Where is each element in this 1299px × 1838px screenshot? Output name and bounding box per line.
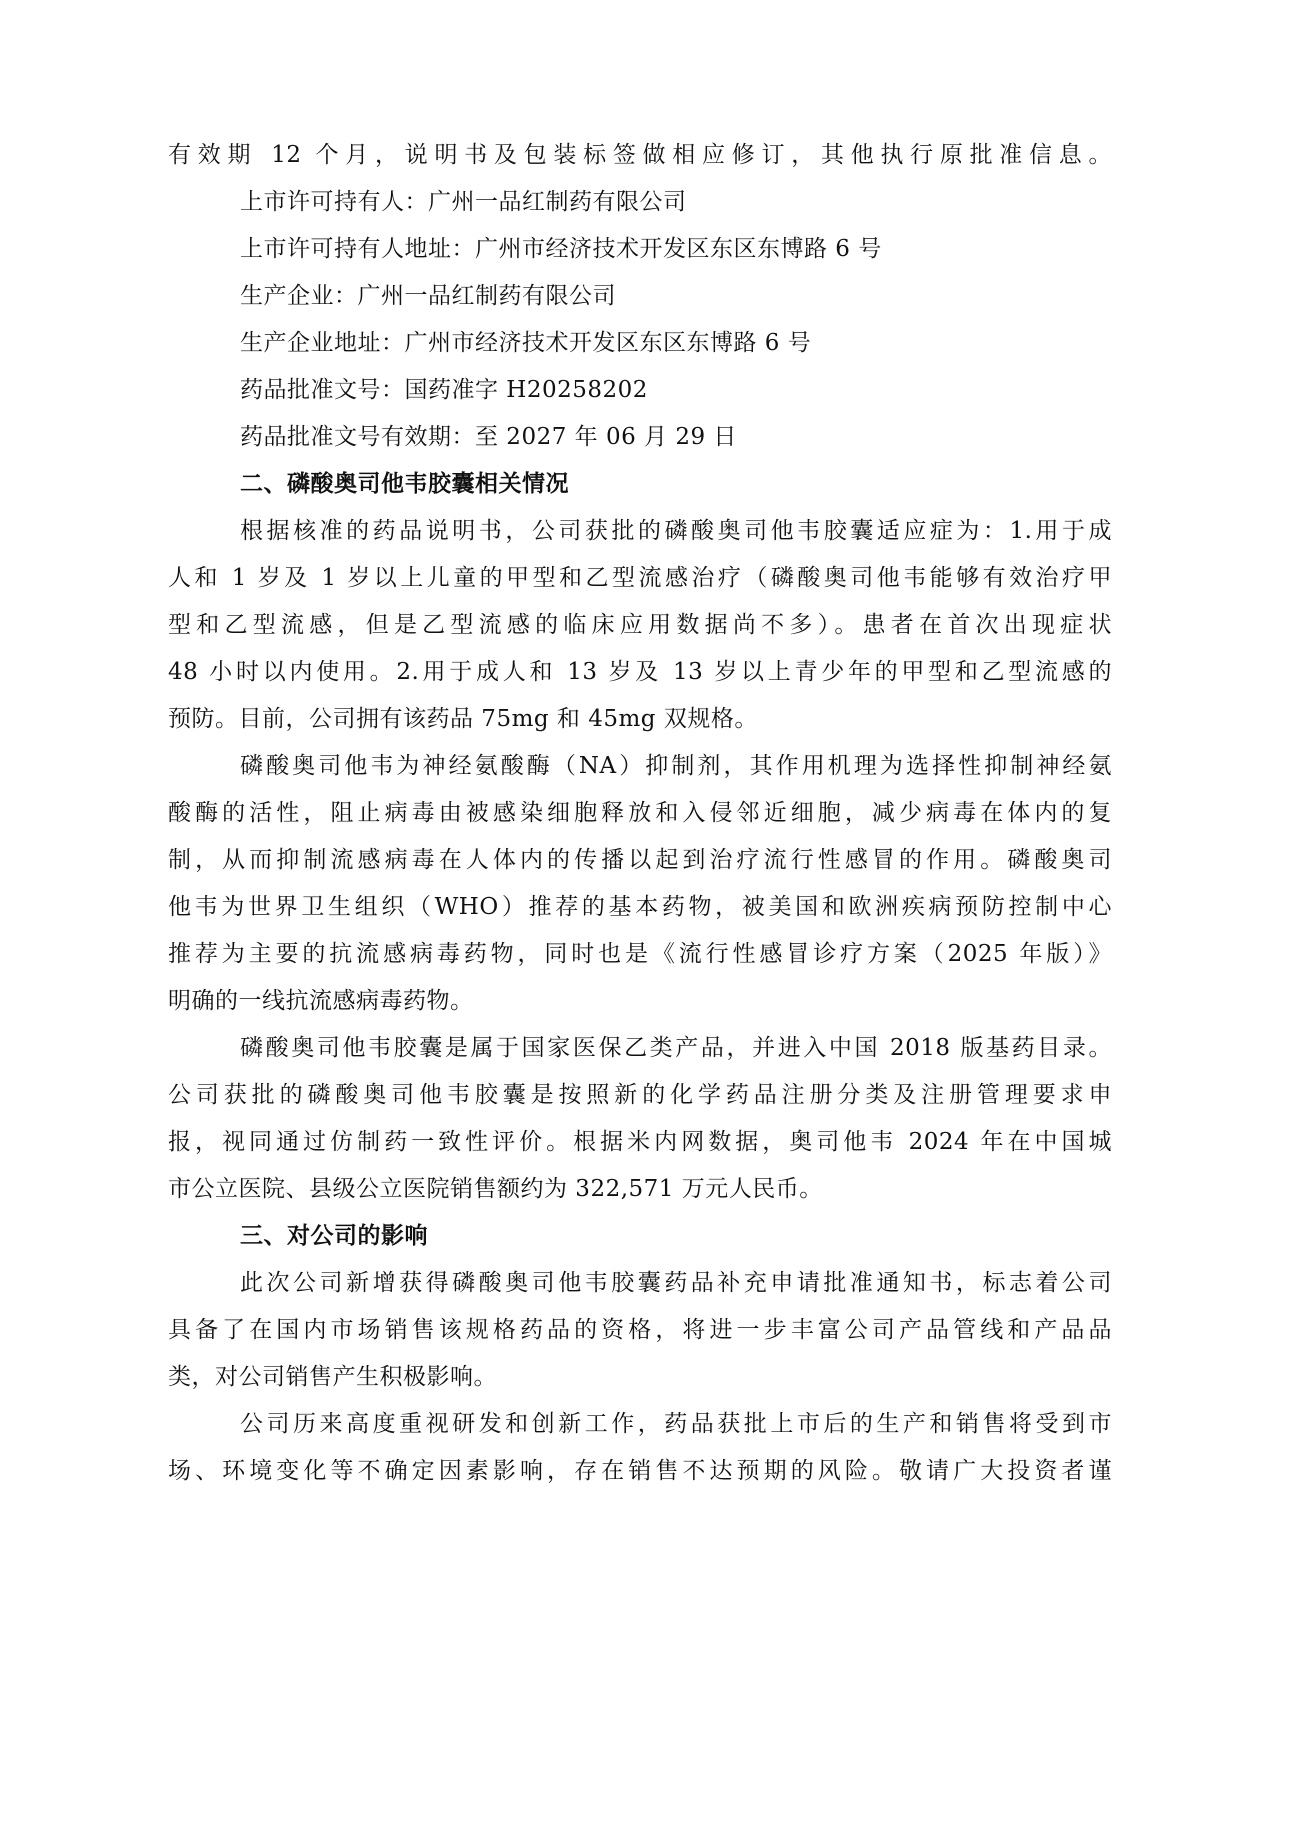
paragraph-line: 推荐为主要的抗流感病毒药物，同时也是《流行性感冒诊疗方案（2025 年版）》	[168, 939, 1112, 969]
manufacturer: 生产企业：广州一品红制药有限公司	[240, 281, 616, 311]
paragraph-line: 磷酸奥司他韦胶囊是属于国家医保乙类产品，并进入中国 2018 版基药目录。	[240, 1033, 1112, 1063]
license-holder: 上市许可持有人：广州一品红制药有限公司	[240, 187, 687, 217]
license-holder-address: 上市许可持有人地址：广州市经济技术开发区东区东博路 6 号	[240, 234, 882, 264]
paragraph-line: 场、环境变化等不确定因素影响，存在销售不达预期的风险。敬请广大投资者谨	[168, 1456, 1112, 1486]
paragraph-line: 磷酸奥司他韦为神经氨酸酶（NA）抑制剂，其作用机理为选择性抑制神经氨	[240, 751, 1112, 781]
paragraph-line: 有效期 12 个月，说明书及包装标签做相应修订，其他执行原批准信息。	[168, 140, 1112, 170]
section-heading-3: 三、对公司的影响	[240, 1221, 428, 1251]
paragraph-line: 明确的一线抗流感病毒药物。	[168, 986, 474, 1016]
paragraph-line: 人和 1 岁及 1 岁以上儿童的甲型和乙型流感治疗（磷酸奥司他韦能够有效治疗甲	[168, 563, 1112, 593]
paragraph-line: 公司历来高度重视研发和创新工作，药品获批上市后的生产和销售将受到市	[240, 1409, 1112, 1439]
paragraph-line: 酸酶的活性，阻止病毒由被感染细胞释放和入侵邻近细胞，减少病毒在体内的复	[168, 798, 1112, 828]
paragraph-line: 根据核准的药品说明书，公司获批的磷酸奥司他韦胶囊适应症为：1.用于成	[240, 516, 1112, 546]
paragraph-line: 预防。目前，公司拥有该药品 75mg 和 45mg 双规格。	[168, 704, 758, 734]
paragraph-line: 报，视同通过仿制药一致性评价。根据米内网数据，奥司他韦 2024 年在中国城	[168, 1127, 1112, 1157]
paragraph-line: 此次公司新增获得磷酸奥司他韦胶囊药品补充申请批准通知书，标志着公司	[240, 1268, 1112, 1298]
paragraph-line: 48 小时以内使用。2.用于成人和 13 岁及 13 岁以上青少年的甲型和乙型流…	[168, 657, 1112, 687]
approval-number: 药品批准文号：国药准字 H20258202	[240, 375, 648, 405]
paragraph-line: 具备了在国内市场销售该规格药品的资格，将进一步丰富公司产品管线和产品品	[168, 1315, 1112, 1345]
manufacturer-address: 生产企业地址：广州市经济技术开发区东区东博路 6 号	[240, 328, 811, 358]
paragraph-line: 类，对公司销售产生积极影响。	[168, 1362, 497, 1392]
paragraph-line: 公司获批的磷酸奥司他韦胶囊是按照新的化学药品注册分类及注册管理要求申	[168, 1080, 1112, 1110]
paragraph-line: 市公立医院、县级公立医院销售额约为 322,571 万元人民币。	[168, 1174, 823, 1204]
paragraph-line: 制，从而抑制流感病毒在人体内的传播以起到治疗流行性感冒的作用。磷酸奥司	[168, 845, 1112, 875]
paragraph-line: 他韦为世界卫生组织（WHO）推荐的基本药物，被美国和欧洲疾病预防控制中心	[168, 892, 1112, 922]
paragraph-line: 型和乙型流感，但是乙型流感的临床应用数据尚不多）。患者在首次出现症状	[168, 610, 1112, 640]
section-heading-2: 二、磷酸奥司他韦胶囊相关情况	[240, 469, 569, 499]
approval-validity: 药品批准文号有效期：至 2027 年 06 月 29 日	[240, 422, 737, 452]
